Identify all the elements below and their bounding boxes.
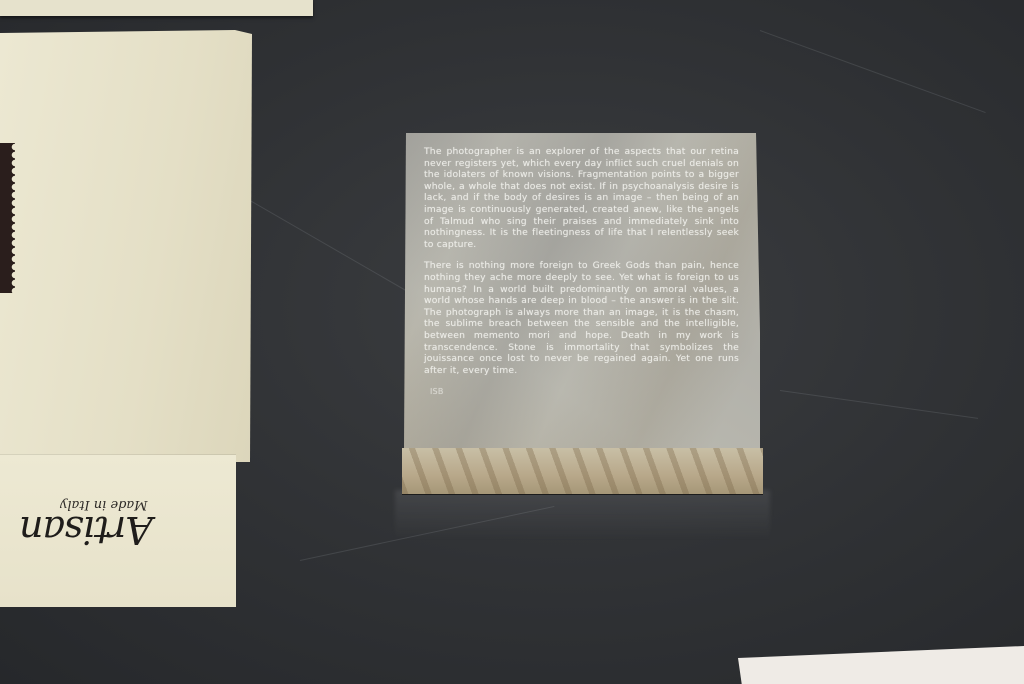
script-large: Artisan	[20, 508, 153, 552]
stamp-perforated-edge	[0, 143, 15, 293]
script-small: Made in Italy	[60, 497, 147, 512]
engraved-paragraph-2: There is nothing more foreign to Greek G…	[424, 260, 739, 376]
surface-scratch	[760, 30, 986, 113]
block-reflection	[395, 490, 770, 540]
engraved-signature: ISB	[430, 386, 739, 398]
paper-card-bottom-right	[738, 646, 1024, 684]
label-card: Artisan Made in Italy	[0, 455, 236, 607]
upside-down-signature: Artisan Made in Italy	[0, 455, 236, 607]
engraved-text: The photographer is an explorer of the a…	[424, 146, 739, 398]
marble-block-side	[402, 448, 763, 495]
surface-scratch	[780, 390, 978, 419]
paper-card-top	[0, 0, 313, 16]
paper-card-left	[0, 30, 252, 462]
engraved-paragraph-1: The photographer is an explorer of the a…	[424, 146, 739, 250]
